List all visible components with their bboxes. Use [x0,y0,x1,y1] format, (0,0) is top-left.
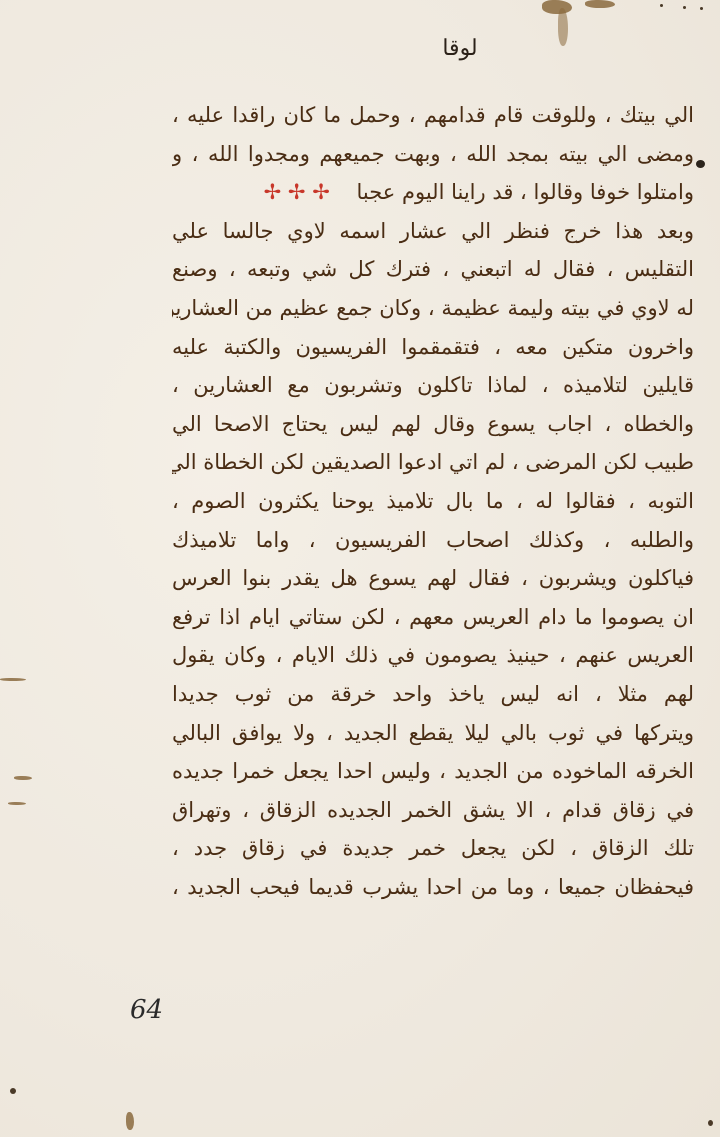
margin-dot-marker [696,160,705,168]
text-line-9: والخطاه ، اجاب يسوع وقال لهم ليس يحتاج ا… [172,405,694,444]
stain-left-1 [0,678,26,681]
text-line-11: التوبه ، فقالوا له ، ما بال تلاميذ يوحنا… [172,482,694,521]
text-line-14: ان يصوموا ما دام العريس معهم ، لكن ستاتي… [172,598,694,637]
stain-left-3 [8,802,26,805]
text-line-2: ومضى الي بيته بمجد الله ، وبهت جميعهم وم… [172,135,694,174]
text-line-19: في زقاق قدام ، الا يشق الخمر الجديده الز… [172,791,694,830]
stain-top-1 [542,0,572,14]
text-line-10: طبيب لكن المرضى ، لم اتي ادعوا الصديقين … [172,443,694,482]
text-line-3-content: وامتلوا خوفا وقالوا ، قد راينا اليوم عجب… [357,180,695,204]
speck [700,7,703,10]
text-line-15: العريس عنهم ، حينيذ يصومون في ذلك الايام… [172,636,694,675]
text-line-17: ويتركها في ثوب بالي ليلا يقطع الجديد ، و… [172,714,694,753]
speck [683,6,686,9]
stain-bottom-1 [126,1112,134,1130]
text-line-3: وامتلوا خوفا وقالوا ، قد راينا اليوم عجب… [172,173,694,212]
text-line-6: له لاوي في بيته وليمة عظيمة ، وكان جمع ع… [172,289,694,328]
text-line-4: وبعد هذا خرج فنظر الي عشار اسمه لاوي جال… [172,212,694,251]
stain-left-2 [14,776,32,780]
red-ornament-icons: ✢ ✢ ✢ [264,180,330,204]
text-line-13: فياكلون ويشربون ، فقال لهم يسوع هل يقدر … [172,559,694,598]
stain-top-2 [558,8,568,46]
speck [10,1088,16,1094]
text-line-16: لهم مثلا ، انه ليس ياخذ واحد خرقة من ثوب… [172,675,694,714]
stain-top-3 [585,0,615,8]
text-line-21: فيحفظان جميعا ، وما من احدا يشرب قديما ف… [172,868,694,907]
text-line-8: قايلين لتلاميذه ، لماذا تاكلون وتشربون م… [172,366,694,405]
page-header-title: لوقا [430,36,490,61]
text-line-20: تلك الزقاق ، لكن يجعل خمر جديدة في زقاق … [172,829,694,868]
text-line-7: واخرون متكين معه ، فتقمقموا الفريسيون وا… [172,328,694,367]
speck [660,4,663,7]
speck [708,1120,713,1126]
text-line-5: التقليس ، فقال له اتبعني ، فترك كل شي وت… [172,250,694,289]
manuscript-text-block: الي بيتك ، وللوقت قام قدامهم ، وحمل ما ك… [172,96,694,906]
text-line-12: والطلبه ، وكذلك اصحاب الفريسيون ، واما ت… [172,521,694,560]
text-line-18: الخرقه الماخوده من الجديد ، وليس احدا يج… [172,752,694,791]
text-line-1: الي بيتك ، وللوقت قام قدامهم ، وحمل ما ك… [172,96,694,135]
manuscript-page: لوقا الي بيتك ، وللوقت قام قدامهم ، وحمل… [0,0,720,1137]
page-number: 64 [130,995,163,1025]
